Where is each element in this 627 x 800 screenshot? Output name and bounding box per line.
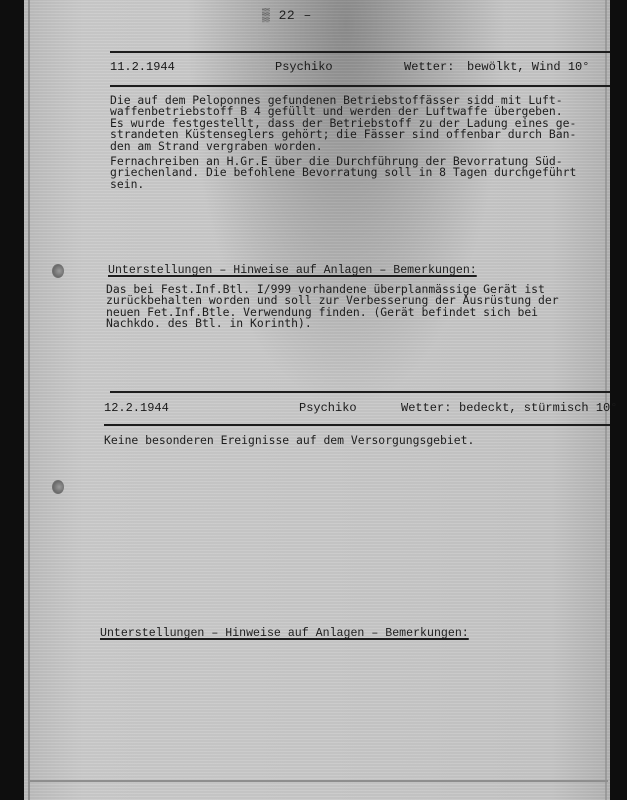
entry-paragraph: Fernachreiben an H.Gr.E über die Durchfü… xyxy=(110,156,600,190)
entry-top-rule xyxy=(110,391,610,393)
entry-date: 12.2.1944 xyxy=(104,401,169,415)
weather-value: bewölkt, Wind 10° xyxy=(467,60,589,74)
remarks-heading: Unterstellungen – Hinweise auf Anlagen –… xyxy=(108,264,477,277)
punch-hole-icon xyxy=(52,264,64,278)
entry-header-bottom-rule xyxy=(110,85,610,87)
entry-date: 11.2.1944 xyxy=(110,60,175,74)
entry-paragraph: Keine besonderen Ereignisse auf dem Vers… xyxy=(104,435,594,446)
entry-paragraph: Die auf dem Peloponnes gefundenen Betrie… xyxy=(110,95,600,152)
punch-hole-icon xyxy=(52,480,64,494)
weather-label: Wetter: xyxy=(401,401,451,415)
entry-location: Psychiko xyxy=(275,60,333,74)
entry-header: 11.2.1944 Psychiko Wetter: bewölkt, Wind… xyxy=(110,60,610,76)
entry-header-bottom-rule xyxy=(104,424,610,426)
weather-value: bedeckt, stürmisch 10° xyxy=(459,401,617,415)
paper-fold-line xyxy=(28,780,608,782)
paper-edge-left xyxy=(28,0,30,800)
weather-label: Wetter: xyxy=(404,60,454,74)
page-number: ▒ 22 – xyxy=(262,8,312,23)
remarks-heading: Unterstellungen – Hinweise auf Anlagen –… xyxy=(100,627,469,640)
entry-header: 12.2.1944 Psychiko Wetter: bedeckt, stür… xyxy=(104,401,604,417)
paper-edge-right xyxy=(605,0,607,800)
entry-location: Psychiko xyxy=(299,401,357,415)
remarks-text: Das bei Fest.Inf.Btl. I/999 vorhandene ü… xyxy=(106,284,596,330)
entry-top-rule xyxy=(110,51,610,53)
